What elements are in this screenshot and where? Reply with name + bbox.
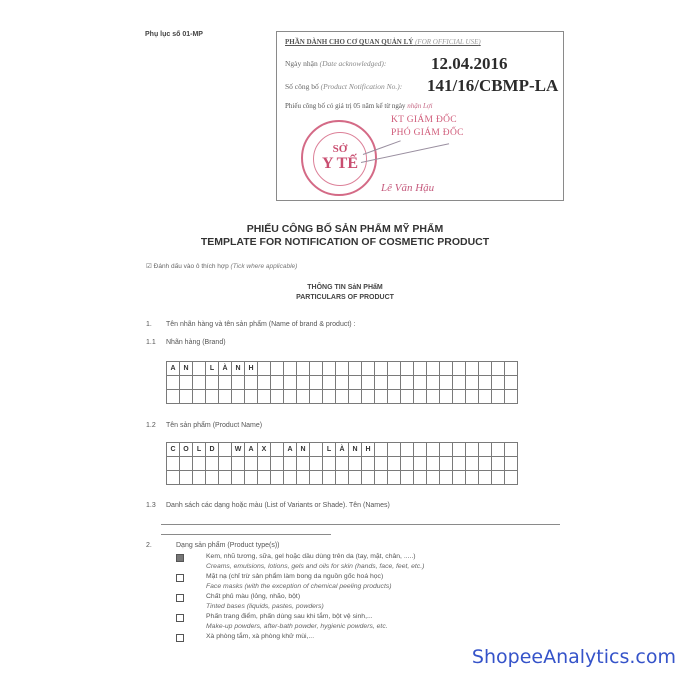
grid-cell[interactable]: X [258,443,271,457]
grid-cell[interactable] [362,471,375,485]
grid-cell[interactable] [401,471,414,485]
grid-cell[interactable]: H [245,362,258,376]
grid-cell[interactable] [297,376,310,390]
grid-cell[interactable] [453,362,466,376]
grid-cell[interactable] [323,376,336,390]
grid-cell[interactable] [219,390,232,404]
grid-row [167,457,518,471]
grid-cell[interactable] [258,362,271,376]
grid-cell[interactable] [271,376,284,390]
grid-cell[interactable] [193,457,206,471]
grid-cell[interactable]: D [206,443,219,457]
grid-cell[interactable] [349,471,362,485]
product-type-label-vi: Phấn trang điểm, phấn dùng sau khi tắm, … [206,613,373,620]
document-title-vi: PHIẾU CÔNG BỐ SẢN PHẨM MỸ PHẨM [0,223,690,235]
section-title-en: PARTICULARS OF PRODUCT [0,294,690,301]
grid-cell[interactable] [271,457,284,471]
grid-cell[interactable] [492,376,505,390]
grid-cell[interactable] [440,362,453,376]
grid-cell[interactable] [505,457,518,471]
grid-cell[interactable] [271,471,284,485]
grid-cell[interactable] [193,362,206,376]
date-acknowledged-value: 12.04.2016 [431,54,508,74]
grid-cell[interactable] [232,457,245,471]
grid-cell[interactable] [388,471,401,485]
grid-cell[interactable] [323,471,336,485]
grid-cell[interactable] [362,457,375,471]
grid-cell[interactable] [284,457,297,471]
grid-cell[interactable] [193,376,206,390]
signer-title-2: PHÓ GIÁM ĐỐC [391,128,464,138]
grid-cell[interactable] [440,390,453,404]
grid-cell[interactable] [440,471,453,485]
grid-cell[interactable] [271,443,284,457]
grid-cell[interactable]: A [167,362,180,376]
grid-cell[interactable] [401,362,414,376]
grid-cell[interactable] [505,390,518,404]
grid-cell[interactable] [323,457,336,471]
grid-cell[interactable] [401,443,414,457]
grid-cell[interactable] [466,443,479,457]
grid-cell[interactable] [427,457,440,471]
grid-cell[interactable] [362,362,375,376]
grid-cell[interactable] [245,376,258,390]
grid-cell[interactable]: L [193,443,206,457]
grid-cell[interactable] [232,471,245,485]
product-type-checkbox[interactable] [176,554,184,562]
grid-cell[interactable] [362,376,375,390]
grid-cell[interactable] [479,443,492,457]
grid-cell[interactable] [362,390,375,404]
grid-cell[interactable]: L [323,443,336,457]
grid-cell[interactable]: A [284,443,297,457]
grid-cell[interactable]: W [232,443,245,457]
grid-cell[interactable] [310,471,323,485]
appendix-label: Phụ lục số 01-MP [145,31,203,38]
grid-cell[interactable] [167,376,180,390]
grid-cell[interactable] [219,443,232,457]
grid-cell[interactable] [479,471,492,485]
grid-cell[interactable] [375,443,388,457]
grid-cell[interactable]: À [336,443,349,457]
grid-cell[interactable] [349,362,362,376]
grid-cell[interactable] [492,471,505,485]
grid-cell[interactable] [206,457,219,471]
grid-cell[interactable]: A [245,443,258,457]
grid-cell[interactable] [349,457,362,471]
grid-cell[interactable]: C [167,443,180,457]
grid-cell[interactable] [388,457,401,471]
product-type-label-en: Creams, emulsions, lotions, gels and oil… [206,563,424,570]
grid-cell[interactable] [271,390,284,404]
grid-cell[interactable] [310,390,323,404]
grid-cell[interactable] [440,457,453,471]
section-1-2-heading: 1.2Tên sản phẩm (Product Name) [146,422,262,429]
grid-cell[interactable] [505,443,518,457]
grid-cell[interactable] [310,362,323,376]
grid-cell[interactable] [453,457,466,471]
grid-cell[interactable] [375,362,388,376]
brand-name-grid: ANLÀNH [166,361,518,404]
product-type-label-vi: Xà phòng tắm, xà phòng khử mùi,... [206,633,314,640]
grid-cell[interactable] [323,390,336,404]
grid-cell[interactable] [466,390,479,404]
grid-cell[interactable] [284,390,297,404]
grid-cell[interactable] [505,376,518,390]
grid-cell[interactable] [388,376,401,390]
grid-row: ANLÀNH [167,362,518,376]
grid-cell[interactable] [440,443,453,457]
grid-cell[interactable] [414,390,427,404]
grid-cell[interactable] [219,376,232,390]
grid-cell[interactable]: N [180,362,193,376]
grid-cell[interactable] [388,362,401,376]
signer-name: Lê Văn Hậu [381,182,434,194]
grid-cell[interactable] [336,390,349,404]
grid-cell[interactable] [349,376,362,390]
grid-cell[interactable] [401,457,414,471]
grid-cell[interactable]: H [362,443,375,457]
product-type-checkbox[interactable] [176,634,184,642]
grid-row [167,376,518,390]
grid-cell[interactable] [466,376,479,390]
product-type-label-vi: Chất phủ màu (lỏng, nhão, bột) [206,593,300,600]
grid-cell[interactable] [310,376,323,390]
grid-cell[interactable] [492,443,505,457]
grid-cell[interactable] [167,457,180,471]
variants-answer-line[interactable] [161,524,560,525]
grid-cell[interactable] [310,443,323,457]
grid-cell[interactable] [414,457,427,471]
grid-cell[interactable] [414,443,427,457]
validity-note: Phiếu công bố có giá trị 05 năm kể từ ng… [285,102,433,110]
product-type-label-en: Make-up powders, after-bath powder, hygi… [206,623,388,630]
document-title-en: TEMPLATE FOR NOTIFICATION OF COSMETIC PR… [0,236,690,248]
grid-cell[interactable] [193,390,206,404]
grid-cell[interactable] [375,390,388,404]
grid-cell[interactable] [219,457,232,471]
grid-cell[interactable] [427,376,440,390]
date-acknowledged-label: Ngày nhận (Date acknowledged): [285,59,386,68]
watermark: ShopeeAnalytics.com [472,646,676,668]
grid-cell[interactable] [271,362,284,376]
grid-cell[interactable] [401,390,414,404]
grid-cell[interactable] [479,376,492,390]
grid-cell[interactable] [180,376,193,390]
grid-cell[interactable] [349,390,362,404]
grid-cell[interactable] [258,471,271,485]
grid-cell[interactable] [297,457,310,471]
grid-row [167,471,518,485]
grid-cell[interactable] [388,390,401,404]
tick-instruction: ☑ Đánh dấu vào ô thích hợp (Tick where a… [146,262,297,270]
grid-cell[interactable] [258,376,271,390]
grid-cell[interactable] [453,443,466,457]
section-2-heading: 2.Dạng sản phẩm (Product type(s)) [146,542,280,549]
grid-cell[interactable] [245,471,258,485]
product-type-label-en: Face masks (with the exception of chemic… [206,583,392,590]
grid-cell[interactable]: N [232,362,245,376]
grid-cell[interactable] [180,457,193,471]
product-name-grid: COLDWAXANLÀNH [166,442,518,485]
grid-cell[interactable]: À [219,362,232,376]
grid-cell[interactable] [310,457,323,471]
grid-cell[interactable] [245,390,258,404]
product-type-label-en: Tinted bases (liquids, pastes, powders) [206,603,324,610]
grid-cell[interactable] [180,390,193,404]
official-box-heading: PHẦN DÀNH CHO CƠ QUAN QUẢN LÝ (FOR OFFIC… [285,38,481,46]
grid-cell[interactable] [336,457,349,471]
grid-cell[interactable] [375,376,388,390]
grid-cell[interactable] [453,376,466,390]
grid-row [167,390,518,404]
stamp-text-top: SỞ [314,143,366,155]
product-type-checkbox[interactable] [176,574,184,582]
grid-cell[interactable] [427,390,440,404]
product-type-label-vi: Kem, nhũ tương, sữa, gel hoặc dầu dùng t… [206,553,416,560]
grid-cell[interactable] [167,471,180,485]
grid-cell[interactable] [297,390,310,404]
product-type-checkbox[interactable] [176,614,184,622]
grid-cell[interactable] [453,390,466,404]
grid-cell[interactable] [232,390,245,404]
grid-cell[interactable] [297,362,310,376]
grid-cell[interactable] [297,471,310,485]
grid-cell[interactable] [232,376,245,390]
grid-cell[interactable] [336,362,349,376]
grid-cell[interactable] [258,457,271,471]
grid-cell[interactable] [375,471,388,485]
grid-cell[interactable] [492,457,505,471]
grid-cell[interactable] [206,390,219,404]
grid-cell[interactable] [505,471,518,485]
grid-cell[interactable] [505,362,518,376]
stamp-text-main: Y TẾ [314,155,366,173]
grid-cell[interactable] [440,376,453,390]
grid-cell[interactable]: N [297,443,310,457]
grid-cell[interactable] [479,457,492,471]
grid-cell[interactable] [258,390,271,404]
section-1-3-heading: 1.3Danh sách các dạng hoặc màu (List of … [146,502,390,509]
grid-cell[interactable] [414,471,427,485]
notification-number-label: Số công bố (Product Notification No.): [285,82,402,91]
grid-cell[interactable] [427,471,440,485]
variants-answer-line[interactable] [161,534,331,535]
official-use-box: PHẦN DÀNH CHO CƠ QUAN QUẢN LÝ (FOR OFFIC… [276,31,564,201]
grid-cell[interactable] [284,362,297,376]
grid-row: COLDWAXANLÀNH [167,443,518,457]
grid-cell[interactable] [284,376,297,390]
grid-cell[interactable] [492,390,505,404]
product-type-checkbox[interactable] [176,594,184,602]
grid-cell[interactable] [206,471,219,485]
grid-cell[interactable] [167,390,180,404]
grid-cell[interactable] [453,471,466,485]
grid-cell[interactable]: L [206,362,219,376]
section-1-heading: 1.Tên nhãn hàng và tên sản phẩm (Name of… [146,321,356,328]
grid-cell[interactable] [245,457,258,471]
notification-number-value: 141/16/CBMP-LA [427,76,558,96]
grid-cell[interactable] [375,457,388,471]
product-type-label-vi: Mặt nạ (chỉ trừ sản phẩm làm bong da ngu… [206,573,383,580]
grid-cell[interactable] [466,362,479,376]
grid-cell[interactable] [414,362,427,376]
grid-cell[interactable] [193,471,206,485]
grid-cell[interactable] [492,362,505,376]
grid-cell[interactable]: O [180,443,193,457]
grid-cell[interactable] [219,471,232,485]
grid-cell[interactable] [479,362,492,376]
grid-cell[interactable]: N [349,443,362,457]
section-1-1-heading: 1.1Nhãn hàng (Brand) [146,339,226,346]
grid-cell[interactable] [388,443,401,457]
grid-cell[interactable] [479,390,492,404]
grid-cell[interactable] [414,376,427,390]
grid-cell[interactable] [284,471,297,485]
official-stamp: SỞ Y TẾ [301,120,377,196]
grid-cell[interactable] [427,443,440,457]
grid-cell[interactable] [401,376,414,390]
grid-cell[interactable] [206,376,219,390]
grid-cell[interactable] [336,376,349,390]
grid-cell[interactable] [336,471,349,485]
grid-cell[interactable] [466,471,479,485]
grid-cell[interactable] [427,362,440,376]
grid-cell[interactable] [466,457,479,471]
signer-title-1: KT GIÁM ĐỐC [391,115,457,125]
grid-cell[interactable] [180,471,193,485]
section-title-vi: THÔNG TIN SảN PHẩM [0,284,690,291]
grid-cell[interactable] [323,362,336,376]
